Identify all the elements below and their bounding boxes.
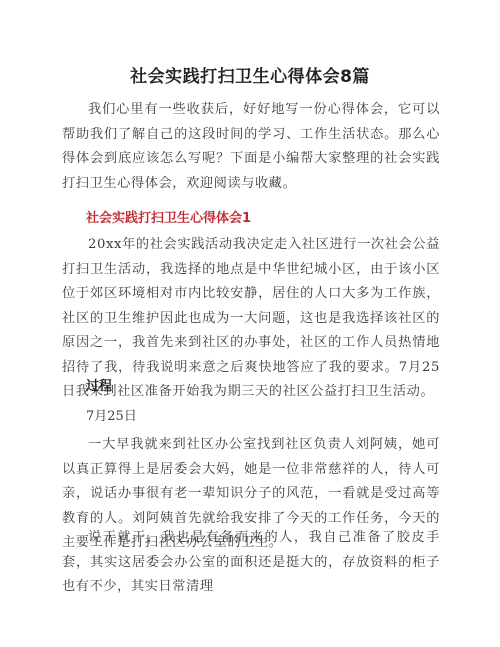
section1-paragraph: 20xx年的社会实践活动我决定走入社区进行一次社会公益打扫卫生活动，我选择的地点… <box>62 233 440 405</box>
document-page: 社会实践打扫卫生心得体会8篇 我们心里有一些收获后，好好地写一份心得体会，它可以… <box>0 0 500 647</box>
paragraph-3: 说干就干，我也是有备而来的人，我自己准备了胶皮手套，其实这居委会办公室的面积还是… <box>62 526 440 600</box>
process-heading: 过程 <box>86 375 112 394</box>
section-heading-1: 社会实践打扫卫生心得体会1 <box>86 207 251 226</box>
document-title: 社会实践打扫卫生心得体会8篇 <box>0 62 500 87</box>
date-label: 7月25日 <box>86 405 137 424</box>
intro-paragraph: 我们心里有一些收获后，好好地写一份心得体会，它可以帮助我们了解自己的这段时间的学… <box>62 98 440 196</box>
